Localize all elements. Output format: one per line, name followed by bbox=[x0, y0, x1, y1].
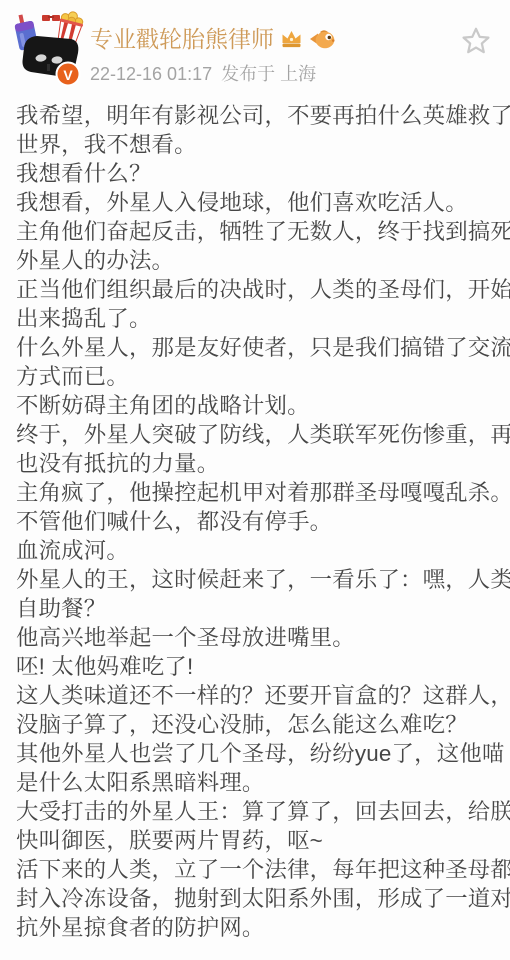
avatar[interactable]: V bbox=[12, 8, 92, 92]
post-line: 呸! 太他妈难吃了! bbox=[16, 652, 510, 681]
post-line: 是什么太阳系黑暗料理。 bbox=[16, 768, 510, 797]
avatar-sticker: V bbox=[12, 8, 92, 92]
post-line: 也没有抵抗的力量。 bbox=[16, 449, 510, 478]
post-line: 大受打击的外星人王：算了算了，回去回去，给朕 bbox=[16, 797, 510, 826]
post-line: 抗外星掠食者的防护网。 bbox=[16, 913, 510, 942]
post-line: 出来捣乱了。 bbox=[16, 304, 510, 333]
crown-badge-icon bbox=[280, 29, 303, 50]
post-line: 不断妨碍主角团的战略计划。 bbox=[16, 391, 510, 420]
post-line: 这人类味道还不一样的？还要开盲盒的？这群人， bbox=[16, 681, 510, 710]
post-line: 没脑子算了，还没心没肺，怎么能这么难吃？ bbox=[16, 710, 510, 739]
verified-badge-icon: V bbox=[57, 63, 80, 86]
username[interactable]: 专业戳轮胎熊律师 bbox=[90, 26, 274, 52]
post-line: 终于，外星人突破了防线，人类联军死伤惨重，再 bbox=[16, 420, 510, 449]
post-header: V 专业戳轮胎熊律师 bbox=[0, 0, 510, 98]
post-line: 活下来的人类，立了一个法律，每年把这种圣母都 bbox=[16, 855, 510, 884]
post-line: 我希望，明年有影视公司，不要再拍什么英雄救了 bbox=[16, 101, 510, 130]
publish-location: 发布于 上海 bbox=[221, 64, 316, 84]
post-line: 不管他们喊什么，都没有停手。 bbox=[16, 507, 510, 536]
verified-badge-letter: V bbox=[63, 67, 73, 83]
post-body: 我希望，明年有影视公司，不要再拍什么英雄救了 世界，我不想看。 我想看什么？ 我… bbox=[0, 98, 510, 942]
timestamp: 22-12-16 01:17 bbox=[90, 64, 212, 84]
post-line: 主角他们奋起反击，牺牲了无数人，终于找到搞死 bbox=[16, 217, 510, 246]
pufferfish-badge-icon bbox=[309, 28, 335, 50]
post-line: 我想看，外星人入侵地球，他们喜欢吃活人。 bbox=[16, 188, 510, 217]
post-line: 快叫御医，朕要两片胃药，呕~ bbox=[16, 826, 510, 855]
post-line: 正当他们组织最后的决战时，人类的圣母们，开始 bbox=[16, 275, 510, 304]
post-line: 他高兴地举起一个圣母放进嘴里。 bbox=[16, 623, 510, 652]
red-glasses-icon bbox=[42, 15, 60, 21]
post-line: 世界，我不想看。 bbox=[16, 130, 510, 159]
post-line: 封入冷冻设备，抛射到太阳系外围，形成了一道对 bbox=[16, 884, 510, 913]
name-row: 专业戳轮胎熊律师 bbox=[90, 26, 335, 52]
post-line: 其他外星人也尝了几个圣母，纷纷yue了，这他喵 bbox=[16, 739, 510, 768]
post-line: 主角疯了，他操控起机甲对着那群圣母嘎嘎乱杀。 bbox=[16, 478, 510, 507]
post-line: 外星人的王，这时候赶来了，一看乐了：嘿，人类 bbox=[16, 565, 510, 594]
post-line: 自助餐？ bbox=[16, 594, 510, 623]
weibo-post-card: V 专业戳轮胎熊律师 bbox=[0, 0, 510, 960]
post-line: 方式而已。 bbox=[16, 362, 510, 391]
post-line: 我想看什么？ bbox=[16, 159, 510, 188]
post-meta: 22-12-16 01:17发布于 上海 bbox=[90, 60, 316, 86]
post-line: 什么外星人，那是友好使者，只是我们搞错了交流 bbox=[16, 333, 510, 362]
favorite-star-icon[interactable] bbox=[458, 24, 494, 60]
post-line: 血流成河。 bbox=[16, 536, 510, 565]
post-line: 外星人的办法。 bbox=[16, 246, 510, 275]
